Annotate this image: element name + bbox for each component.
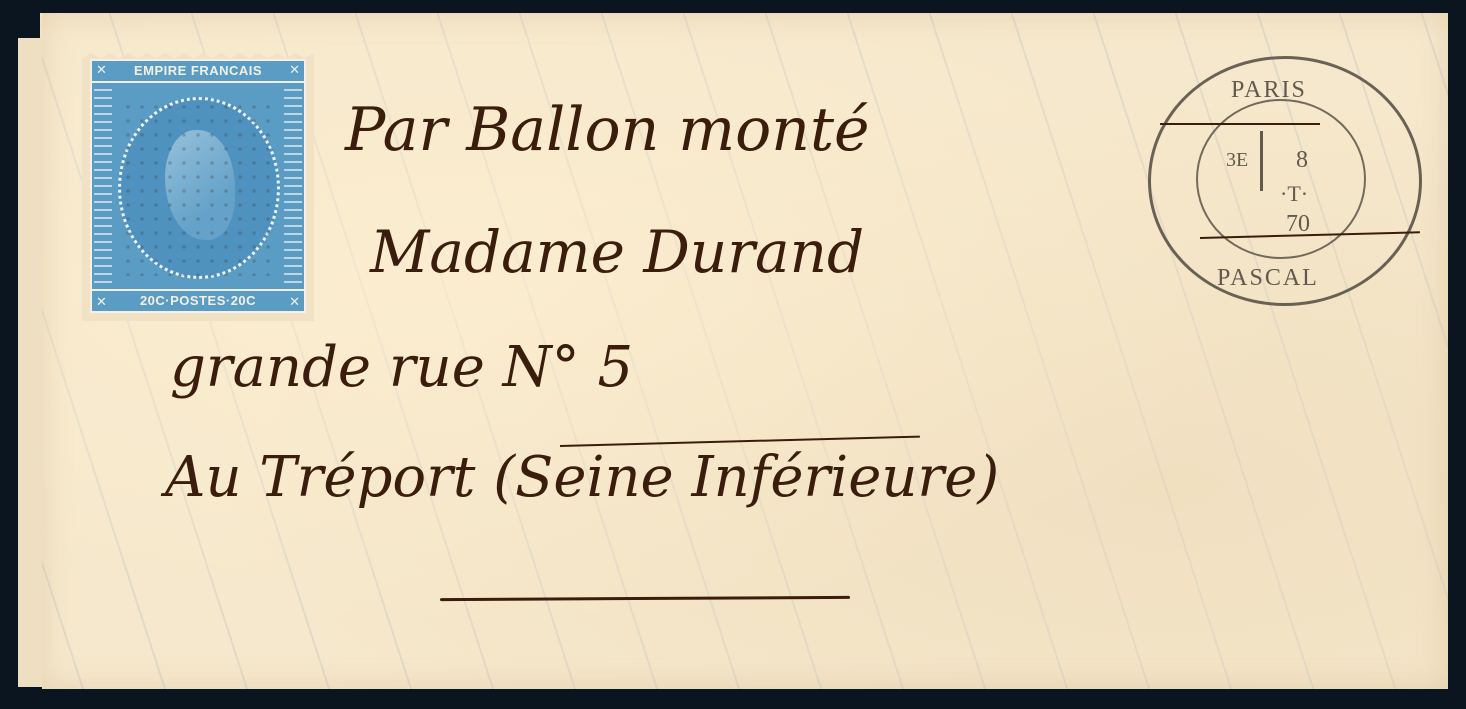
stamp-corner-cross-icon: ✕ [96,294,107,310]
stamp-corner-cross-icon: ✕ [96,62,107,78]
postmark-prefix: 3E [1226,149,1248,172]
postmark-month: ·T· [1280,181,1308,207]
greek-key-border-left [94,83,112,289]
portrait-medallion [118,97,280,279]
postmark-office: PASCAL [1217,265,1319,292]
stamp-top-label: EMPIRE FRANCAIS [92,61,304,83]
cancellation-dots [121,100,277,276]
address-line-street: grande rue N° 5 [170,335,633,400]
address-line-recipient: Madame Durand [370,218,864,286]
postmark-bar [1260,131,1263,191]
address-line-city: Au Tréport (Seine Inférieure) [165,445,999,510]
greek-key-border-right [284,83,302,289]
paris-postmark: PARIS 3E 8 ·T· 70 PASCAL [1148,56,1422,306]
stamp-bottom-label: 20C·POSTES·20C [92,289,304,311]
stamp-corner-cross-icon: ✕ [289,294,300,310]
address-line-routing: Par Ballon monté [345,95,870,165]
postage-stamp: EMPIRE FRANCAIS ✕ ✕ 20C·POSTES·20C ✕ ✕ [82,53,314,321]
stamp-corner-cross-icon: ✕ [289,62,300,78]
ink-stroke [1160,123,1320,125]
stamp-design: EMPIRE FRANCAIS ✕ ✕ 20C·POSTES·20C ✕ ✕ [90,59,306,313]
postmark-day: 8 [1296,147,1308,174]
